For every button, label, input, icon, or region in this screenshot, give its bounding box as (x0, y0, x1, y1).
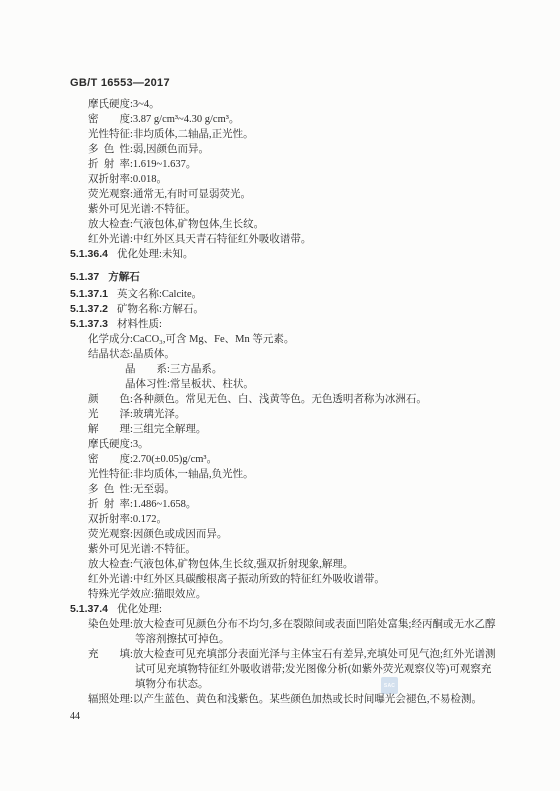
property-value: :气液包体,矿物包体,生长纹,强双折射现象,解理。 (130, 559, 353, 570)
clause-line: 5.1.37.4优化处理: (70, 602, 498, 617)
property-label: 摩氏硬度 (88, 97, 130, 112)
property-value: :三方晶系。 (167, 364, 222, 375)
clause-number: 5.1.37.4 (70, 603, 108, 615)
property-label: 折射率 (88, 157, 130, 172)
property-label: 双折射率 (88, 172, 130, 187)
property-label: 晶体习性 (125, 377, 167, 392)
property-value: :1.486~1.658。 (130, 499, 196, 510)
sac-watermark-icon: SAC (381, 677, 398, 694)
clause-line: 5.1.37.3材料性质: (70, 317, 498, 332)
property-label: 结晶状态 (88, 347, 130, 362)
property-value: :非均质体,二轴晶,正光性。 (130, 129, 254, 140)
property-line: 紫外可见光谱:不特征。 (88, 542, 498, 557)
property-value: :3~4。 (130, 99, 160, 110)
property-line: 荧光观察:通常无,有时可显弱荧光。 (88, 187, 498, 202)
clause-line: 5.1.37.1英文名称:Calcite。 (70, 287, 498, 302)
property-value: :1.619~1.637。 (130, 159, 196, 170)
property-value: :中红外区具天青石特征红外吸收谱带。 (130, 234, 311, 245)
property-line: 放大检查:气液包体,矿物包体,生长纹。 (88, 217, 498, 232)
property-line: 结晶状态:晶质体。 (88, 347, 498, 362)
property-label: 放大检查 (88, 557, 130, 572)
property-value: :弱,因颜色而异。 (130, 144, 209, 155)
property-label: 荧光观察 (88, 187, 130, 202)
property-line: 双折射率:0.018。 (88, 172, 498, 187)
property-label: 光性特征 (88, 127, 130, 142)
property-label: 紫外可见光谱 (88, 542, 151, 557)
property-line: 摩氏硬度:3~4。 (88, 97, 498, 112)
property-label: 红外光谱 (88, 572, 130, 587)
property-line: 多色性:弱,因颜色而异。 (88, 142, 498, 157)
property-line: 染色处理:放大检查可见颜色分布不均匀,多在裂隙间或表面凹陷处富集;经丙酮或无水乙… (88, 617, 498, 647)
property-label: 充填 (88, 647, 130, 662)
property-line: 折射率:1.486~1.658。 (88, 497, 498, 512)
property-line: 辐照处理:以产生蓝色、黄色和浅紫色。某些颜色加热或长时间曝光会褪色,不易检测。 (88, 692, 498, 707)
clause-number: 5.1.37.3 (70, 318, 108, 330)
property-line: 多色性:无至弱。 (88, 482, 498, 497)
property-line: 晶系:三方晶系。 (125, 362, 498, 377)
standard-number: GB/T 16553—2017 (70, 77, 170, 89)
property-value: :不特征。 (151, 204, 196, 215)
property-label: 摩氏硬度 (88, 437, 130, 452)
property-label: 红外光谱 (88, 232, 130, 247)
property-line: 红外光谱:中红外区具碳酸根离子振动所致的特征红外吸收谱带。 (88, 572, 498, 587)
property-label: 化学成分 (88, 332, 130, 347)
clause-text: 矿物名称:方解石。 (117, 304, 204, 315)
document-body: 摩氏硬度:3~4。密度:3.87 g/cm³~4.30 g/cm³。光性特征:非… (70, 97, 498, 707)
property-label: 光泽 (88, 407, 130, 422)
property-line: 放大检查:气液包体,矿物包体,生长纹,强双折射现象,解理。 (88, 557, 498, 572)
property-value: :放大检查可见颜色分布不均匀,多在裂隙间或表面凹陷处富集;经丙酮或无水乙醇等溶剂… (130, 619, 495, 645)
section-heading: 5.1.37方解石 (70, 270, 498, 285)
document-page: GB/T 16553—2017 摩氏硬度:3~4。密度:3.87 g/cm³~4… (0, 0, 560, 791)
property-label: 密度 (88, 452, 130, 467)
property-line: 红外光谱:中红外区具天青石特征红外吸收谱带。 (88, 232, 498, 247)
watermark-label: SAC (384, 683, 395, 689)
property-line: 紫外可见光谱:不特征。 (88, 202, 498, 217)
property-line: 密度:3.87 g/cm³~4.30 g/cm³。 (88, 112, 498, 127)
section-title: 方解石 (108, 271, 140, 283)
property-value: :无至弱。 (130, 484, 175, 495)
property-line: 摩氏硬度:3。 (88, 437, 498, 452)
property-value: :因颜色或成因而异。 (130, 529, 227, 540)
property-line: 光性特征:非均质体,二轴晶,正光性。 (88, 127, 498, 142)
property-label: 双折射率 (88, 512, 130, 527)
clause-number: 5.1.37.2 (70, 303, 108, 315)
property-label: 光性特征 (88, 467, 130, 482)
property-label: 紫外可见光谱 (88, 202, 151, 217)
clause-line: 5.1.36.4优化处理:未知。 (70, 247, 498, 262)
property-value: :气液包体,矿物包体,生长纹。 (130, 219, 264, 230)
property-line: 双折射率:0.172。 (88, 512, 498, 527)
clause-number: 5.1.36.4 (70, 248, 108, 260)
property-label: 辐照处理 (88, 692, 130, 707)
property-line: 颜色:各种颜色。常见无色、白、浅黄等色。无色透明者称为冰洲石。 (88, 392, 498, 407)
property-line: 光性特征:非均质体,一轴晶,负光性。 (88, 467, 498, 482)
property-value: :中红外区具碳酸根离子振动所致的特征红外吸收谱带。 (130, 574, 385, 585)
property-value: :非均质体,一轴晶,负光性。 (130, 469, 254, 480)
property-value: :以产生蓝色、黄色和浅紫色。某些颜色加热或长时间曝光会褪色,不易检测。 (130, 694, 482, 705)
property-value: :各种颜色。常见无色、白、浅黄等色。无色透明者称为冰洲石。 (130, 394, 427, 405)
clause-text: 优化处理: (117, 604, 162, 615)
property-line: 密度:2.70(±0.05)g/cm³。 (88, 452, 498, 467)
page-number: 44 (70, 711, 80, 722)
property-value: :通常无,有时可显弱荧光。 (130, 189, 251, 200)
property-label: 密度 (88, 112, 130, 127)
property-value: :3。 (130, 439, 149, 450)
property-line: 荧光观察:因颜色或成因而异。 (88, 527, 498, 542)
property-label: 折射率 (88, 497, 130, 512)
property-label: 颜色 (88, 392, 130, 407)
property-value: :不特征。 (151, 544, 196, 555)
property-label: 荧光观察 (88, 527, 130, 542)
property-line: 充填:放大检查可见充填部分表面光泽与主体宝石有差异,充填处可见气泡;红外光谱测试… (88, 647, 498, 692)
property-value: :玻璃光泽。 (130, 409, 185, 420)
property-line: 晶体习性:常呈板状、柱状。 (125, 377, 498, 392)
clause-number: 5.1.37 (70, 271, 99, 283)
property-value: :放大检查可见充填部分表面光泽与主体宝石有差异,充填处可见气泡;红外光谱测试可见… (130, 649, 495, 690)
property-label: 多色性 (88, 482, 130, 497)
clause-line: 5.1.37.2矿物名称:方解石。 (70, 302, 498, 317)
property-label: 染色处理 (88, 617, 130, 632)
clause-number: 5.1.37.1 (70, 288, 108, 300)
property-value: :三组完全解理。 (130, 424, 206, 435)
property-label: 晶系 (125, 362, 167, 377)
clause-text: 材料性质: (117, 319, 162, 330)
property-value: :0.172。 (130, 514, 167, 525)
property-value: :0.018。 (130, 174, 167, 185)
property-value: :晶质体。 (130, 349, 175, 360)
property-value: :CaCO₃,可含 Mg、Fe、Mn 等元素。 (130, 334, 294, 345)
property-label: 多色性 (88, 142, 130, 157)
property-line: 化学成分:CaCO₃,可含 Mg、Fe、Mn 等元素。 (88, 332, 498, 347)
clause-text: 优化处理:未知。 (117, 249, 193, 260)
property-line: 解理:三组完全解理。 (88, 422, 498, 437)
property-label: 特殊光学效应 (88, 587, 151, 602)
property-label: 放大检查 (88, 217, 130, 232)
property-value: :3.87 g/cm³~4.30 g/cm³。 (130, 114, 239, 125)
clause-text: 英文名称:Calcite。 (117, 289, 202, 300)
property-value: :常呈板状、柱状。 (167, 379, 254, 390)
property-line: 特殊光学效应:猫眼效应。 (88, 587, 498, 602)
property-value: :2.70(±0.05)g/cm³。 (130, 454, 217, 465)
property-line: 光泽:玻璃光泽。 (88, 407, 498, 422)
property-line: 折射率:1.619~1.637。 (88, 157, 498, 172)
property-value: :猫眼效应。 (151, 589, 206, 600)
property-label: 解理 (88, 422, 130, 437)
